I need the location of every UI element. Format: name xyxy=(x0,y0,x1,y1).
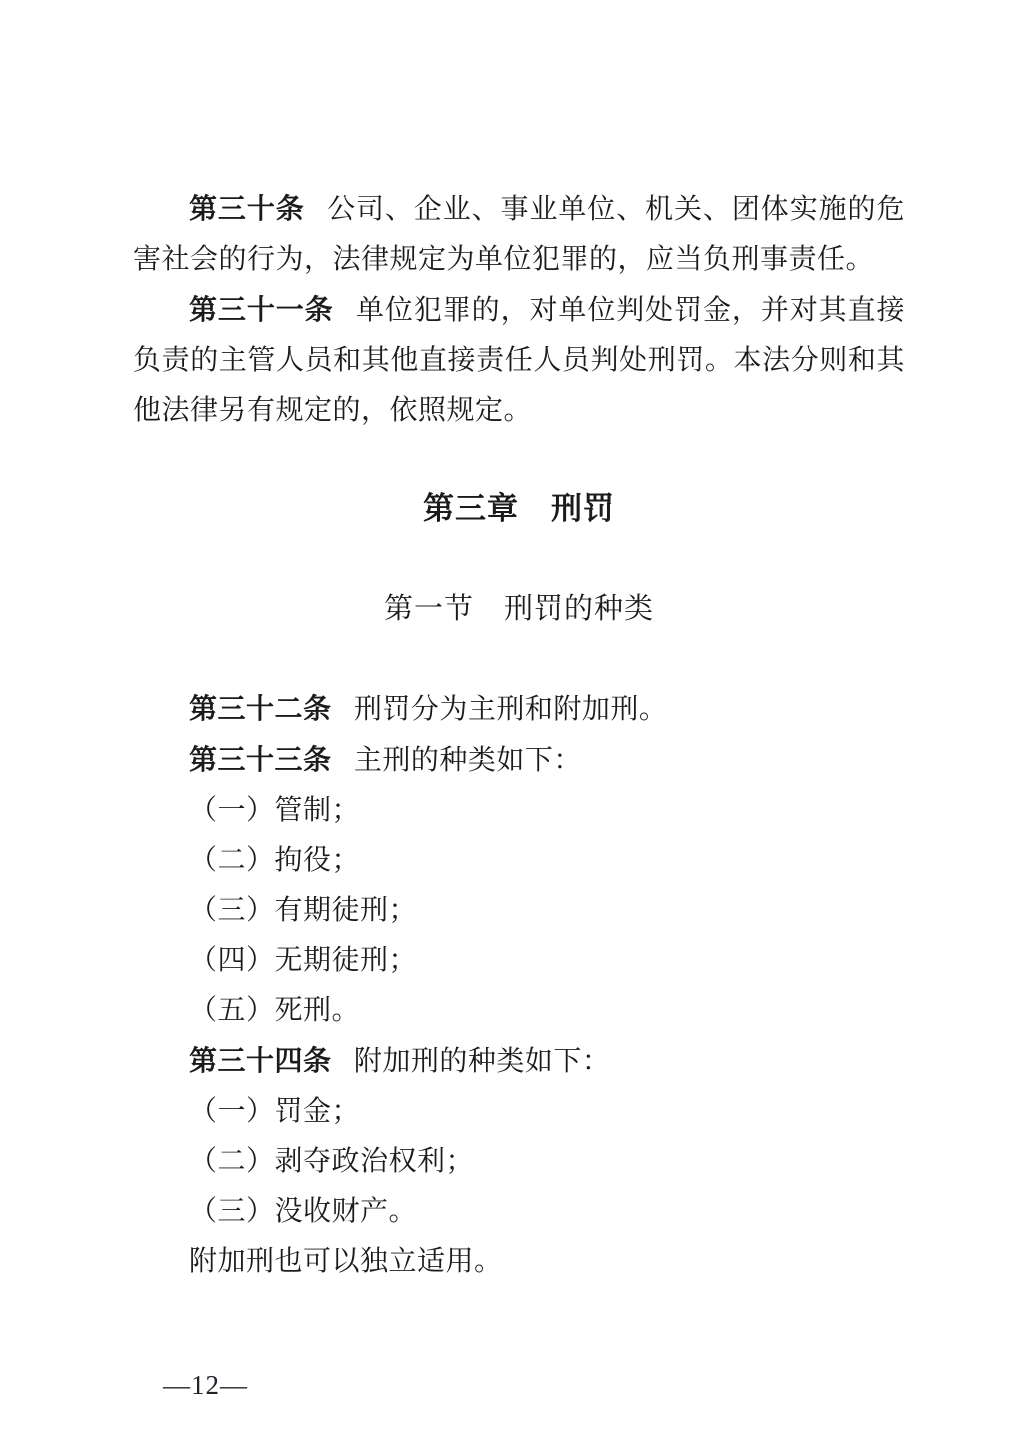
principal-punishment-item-2: （二）拘役； xyxy=(133,836,905,886)
article-32-text: 刑罚分为主刑和附加刑。 xyxy=(354,694,668,725)
page-number: —12— xyxy=(163,1370,248,1400)
principal-punishment-item-3: （三）有期徒刑； xyxy=(133,886,905,936)
principal-punishment-item-1: （一）管制； xyxy=(133,786,905,836)
document-body: 第三十条公司、企业、事业单位、机关、团体实施的危害社会的行为，法律规定为单位犯罪… xyxy=(133,184,905,1287)
article-34-number: 第三十四条 xyxy=(189,1045,332,1076)
article-32-paragraph: 第三十二条刑罚分为主刑和附加刑。 xyxy=(133,684,905,735)
article-33-text: 主刑的种类如下： xyxy=(354,745,582,776)
article-34-text: 附加刑的种类如下： xyxy=(354,1046,611,1077)
article-31-paragraph: 第三十一条单位犯罪的，对单位判处罚金，并对其直接负责的主管人员和其他直接责任人员… xyxy=(133,285,905,436)
principal-punishment-item-5: （五）死刑。 xyxy=(133,986,905,1036)
article-33-paragraph: 第三十三条主刑的种类如下： xyxy=(133,735,905,786)
supplementary-punishment-item-1: （一）罚金； xyxy=(133,1087,905,1137)
article-32-number: 第三十二条 xyxy=(189,693,332,724)
chapter-heading: 第三章 刑罚 xyxy=(133,484,905,534)
article-34-paragraph: 第三十四条附加刑的种类如下： xyxy=(133,1036,905,1087)
article-31-number: 第三十一条 xyxy=(189,294,334,325)
supplementary-punishment-item-3: （三）没收财产。 xyxy=(133,1187,905,1237)
section-heading: 第一节 刑罚的种类 xyxy=(133,584,905,634)
supplementary-punishment-note: 附加刑也可以独立适用。 xyxy=(133,1237,905,1287)
supplementary-punishment-item-2: （二）剥夺政治权利； xyxy=(133,1137,905,1187)
article-30-paragraph: 第三十条公司、企业、事业单位、机关、团体实施的危害社会的行为，法律规定为单位犯罪… xyxy=(133,184,905,285)
article-33-number: 第三十三条 xyxy=(189,744,332,775)
principal-punishment-item-4: （四）无期徒刑； xyxy=(133,936,905,986)
article-30-number: 第三十条 xyxy=(189,193,305,224)
